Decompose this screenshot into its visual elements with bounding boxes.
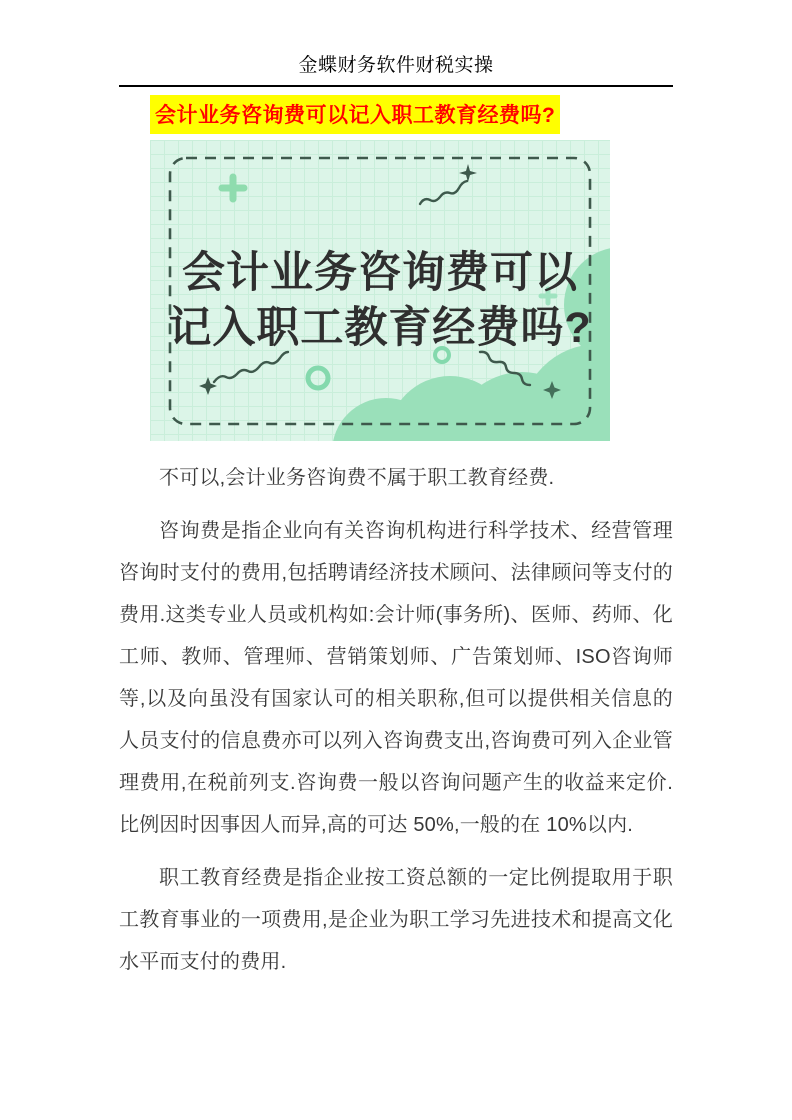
plus-icon [222,177,244,199]
document-page: 金蝶财务软件财税实操 会计业务咨询费可以记入职工教育经费吗? [0,0,792,1120]
article-body: 不可以,会计业务咨询费不属于职工教育经费. 咨询费是指企业向有关咨询机构进行科学… [119,457,673,983]
paragraph-answer: 不可以,会计业务咨询费不属于职工教育经费. [119,457,673,499]
banner-image: 会计业务咨询费可以 记入职工教育经费吗? [150,140,610,441]
paragraph-education-fund: 职工教育经费是指企业按工资总额的一定比例提取用于职工教育事业的一项费用,是企业为… [119,857,673,983]
ring-icon [308,368,328,388]
paragraph-consulting-fee: 咨询费是指企业向有关咨询机构进行科学技术、经营管理咨询时支付的费用,包括聘请经济… [119,510,673,846]
banner-title-line2: 记入职工教育经费吗? [150,307,610,350]
highlighted-question-heading: 会计业务咨询费可以记入职工教育经费吗? [150,95,560,134]
content-area: 金蝶财务软件财税实操 会计业务咨询费可以记入职工教育经费吗? [119,0,673,994]
star-squiggle-left-icon [199,352,288,395]
sparkle-arrow-icon [420,164,477,204]
banner-title-line1: 会计业务咨询费可以 [150,252,610,295]
document-header-title: 金蝶财务软件财税实操 [119,0,673,77]
